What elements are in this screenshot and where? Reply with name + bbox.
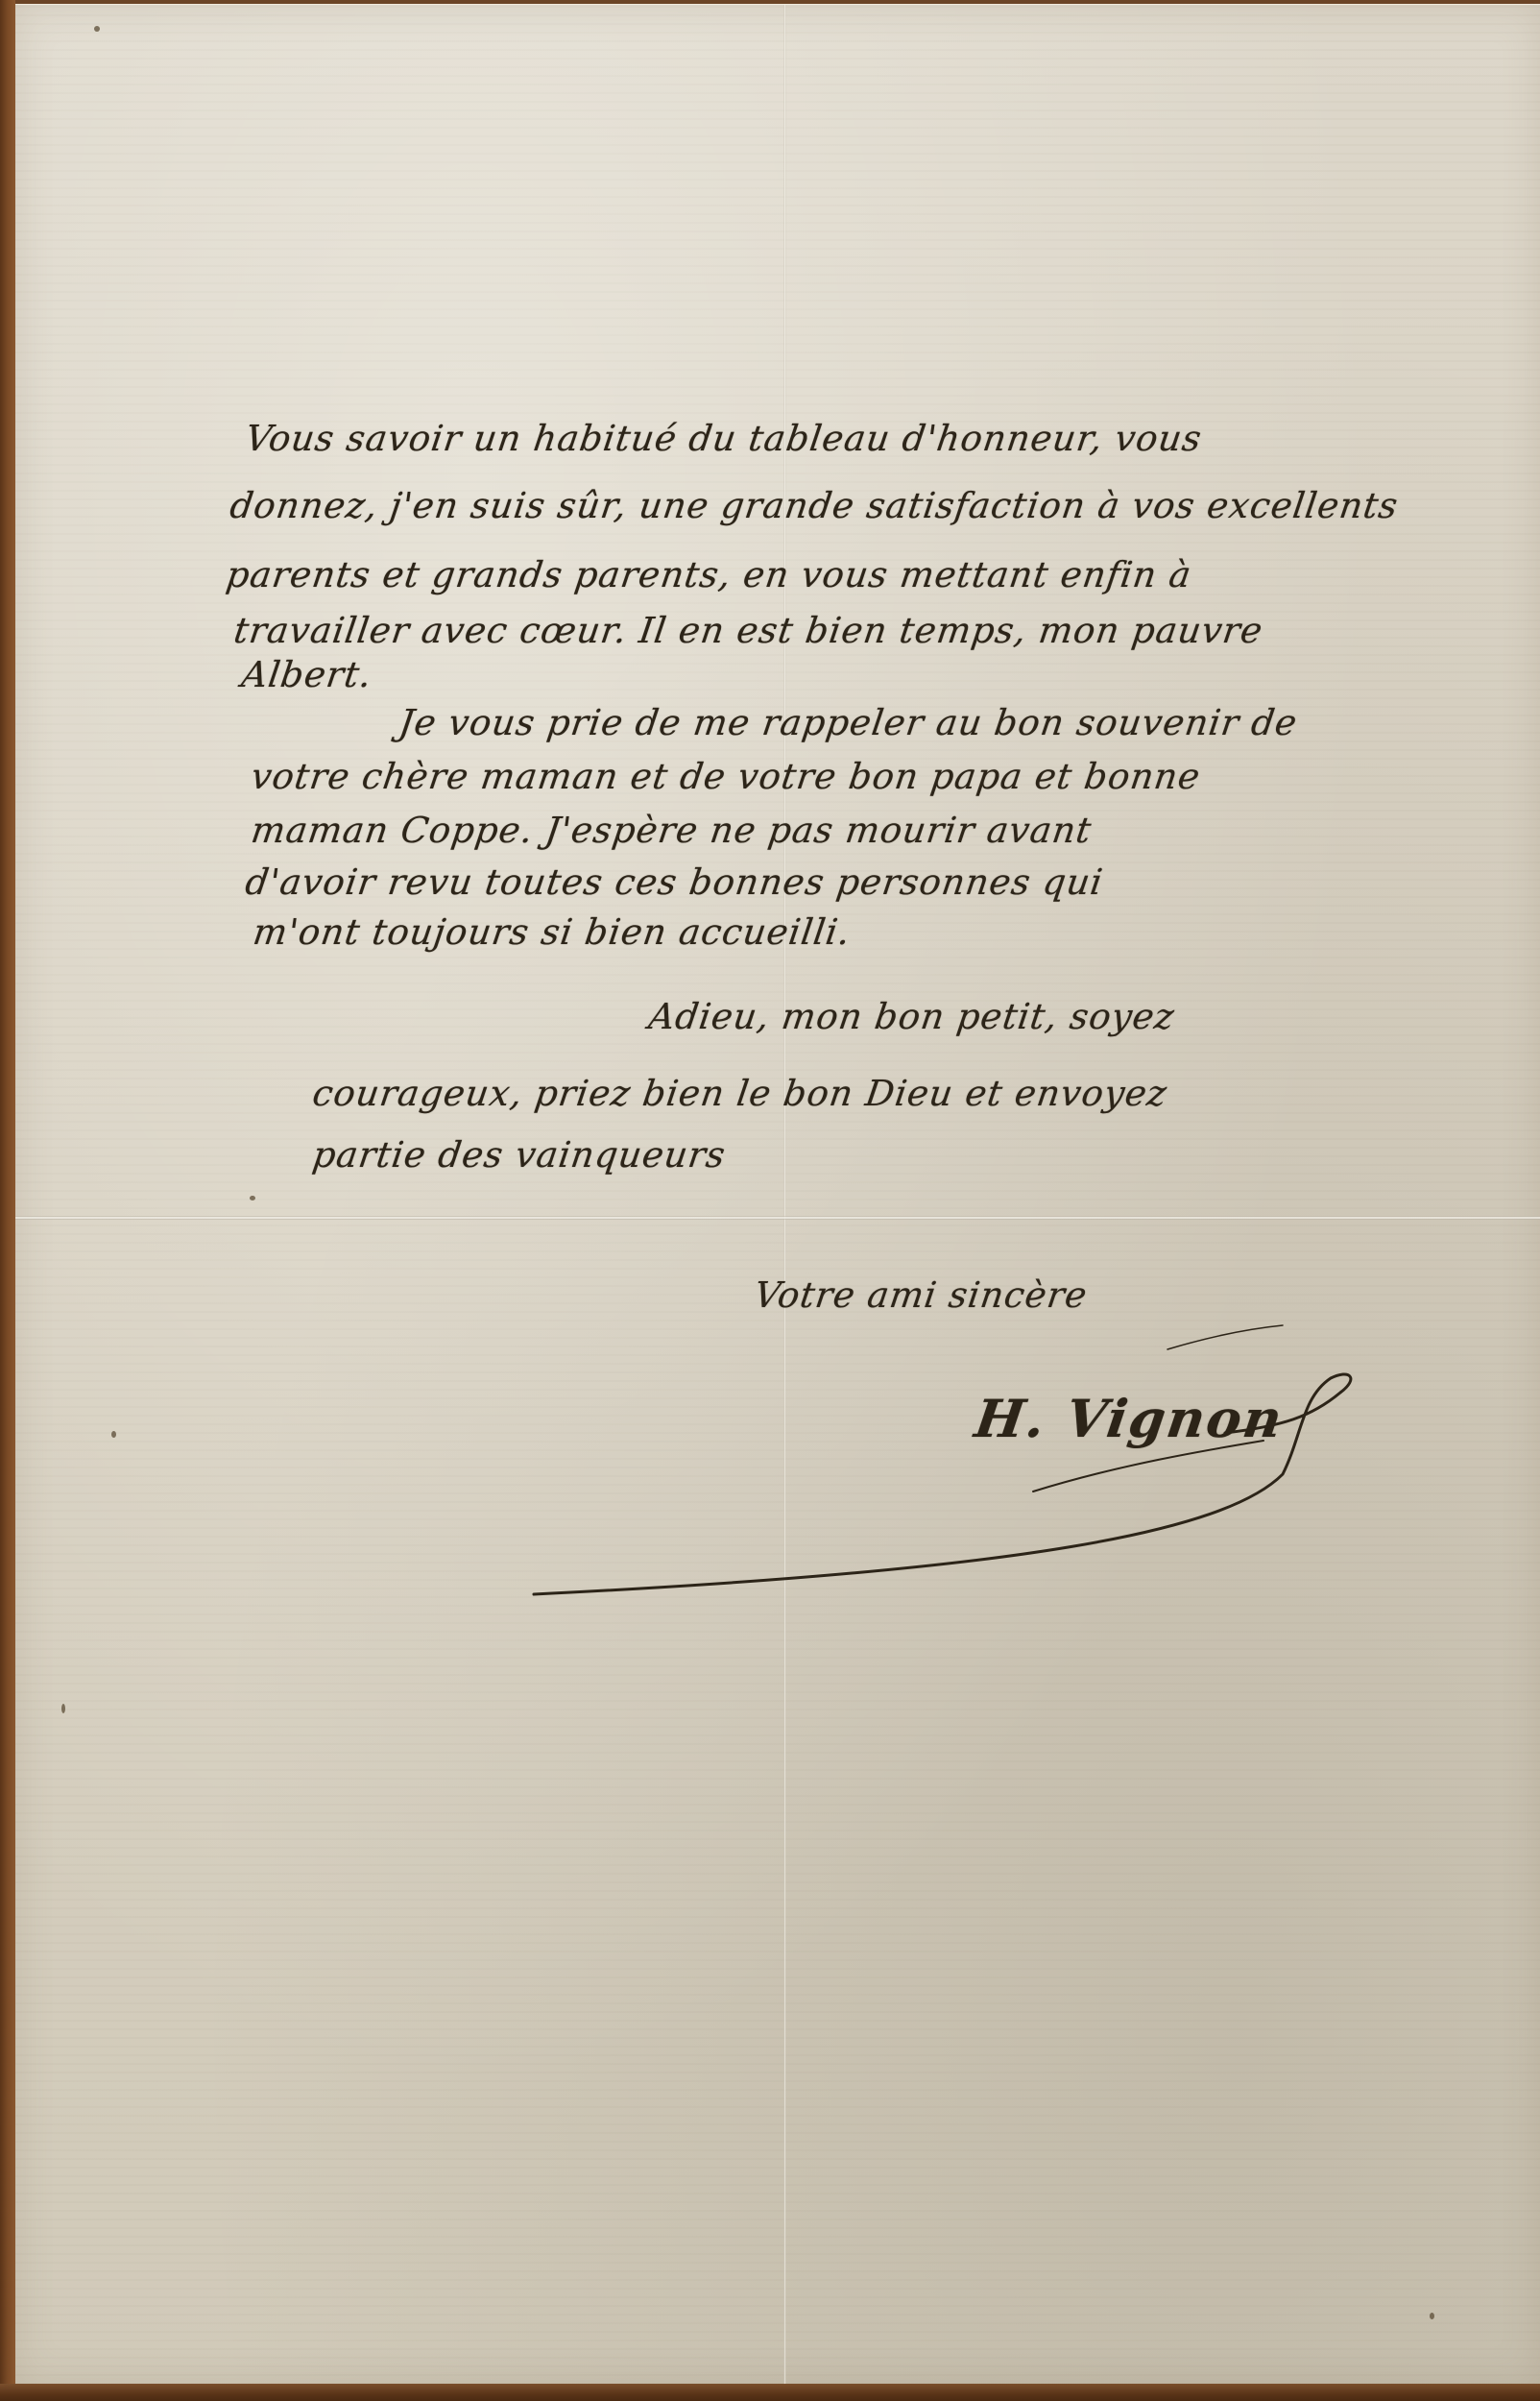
- signature-flourish: [15, 5, 1540, 2385]
- letter-page: Vous savoir un habitué du tableau d'honn…: [15, 4, 1540, 2385]
- wooden-table-edge-left: [0, 0, 15, 2401]
- wooden-table-edge-bottom: [0, 2384, 1540, 2401]
